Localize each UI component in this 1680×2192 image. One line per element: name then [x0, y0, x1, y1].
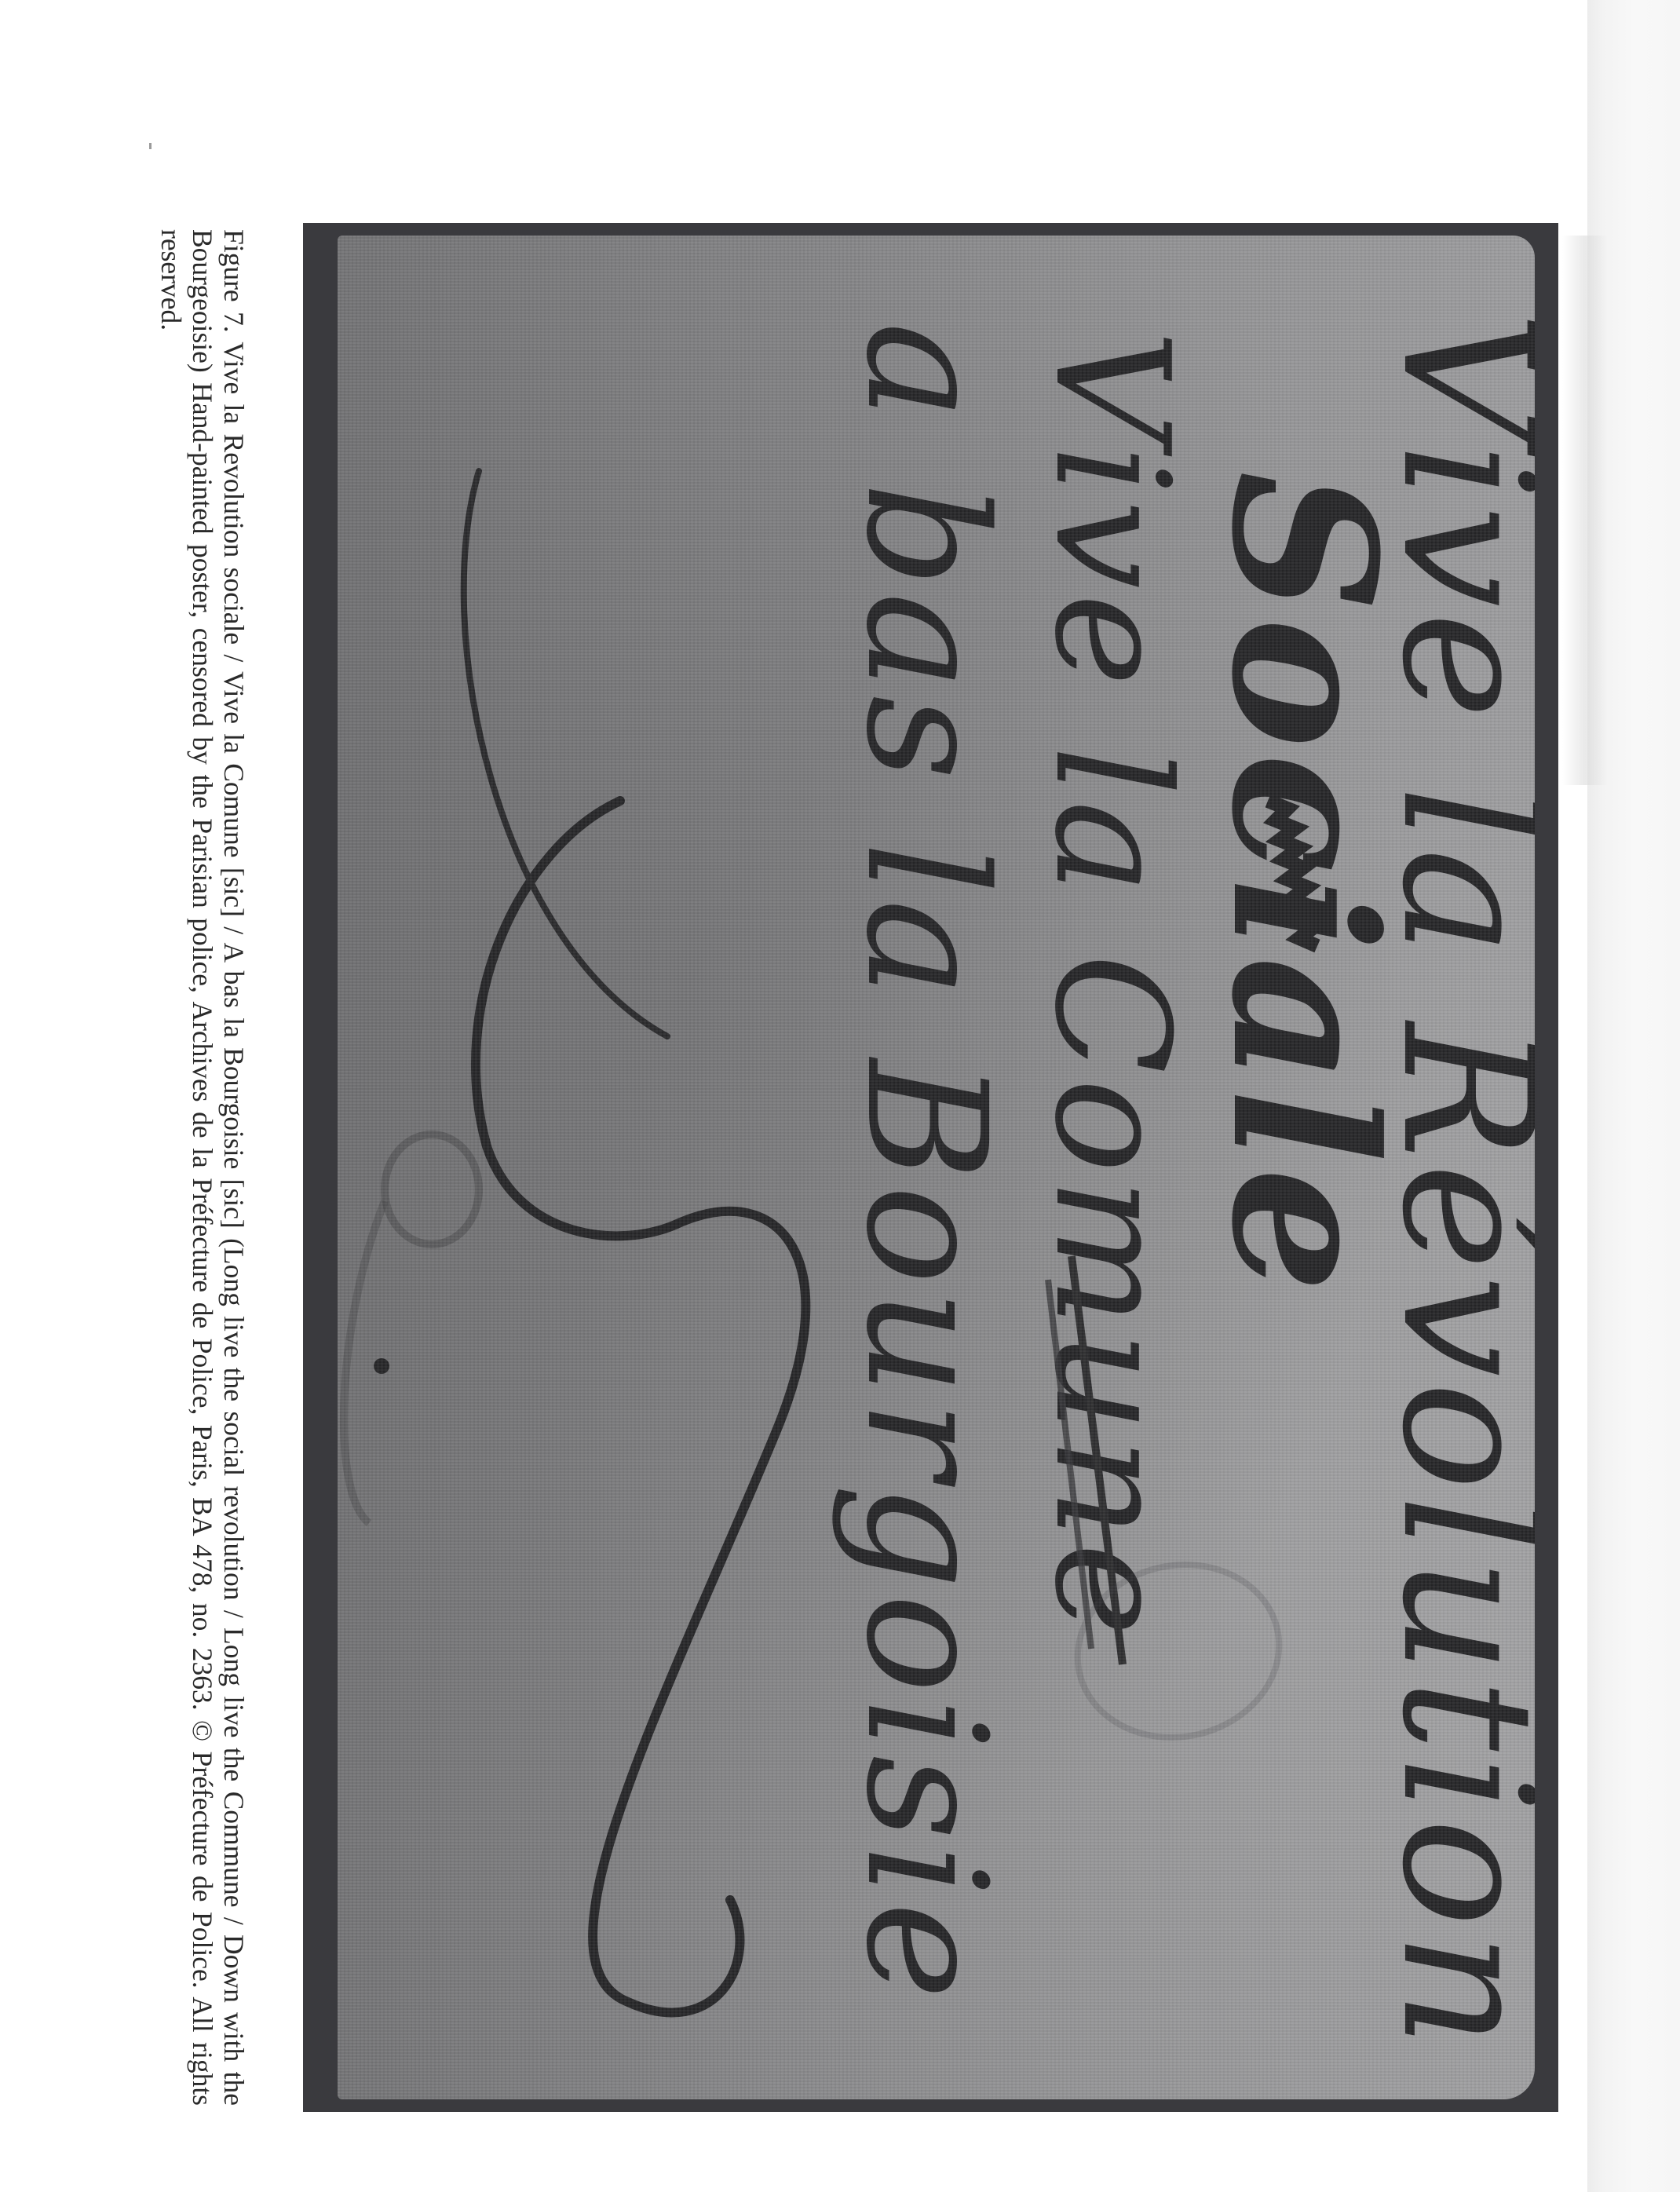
scan-shadow — [1562, 236, 1608, 785]
figure-caption: Figure 7. Vive la Revolution sociale / V… — [155, 229, 250, 2106]
poster-paper: Vive la Révolution Sociale Vive la Comun… — [338, 236, 1535, 2099]
poster-photograph: Vive la Révolution Sociale Vive la Comun… — [303, 223, 1558, 2112]
calligraphic-flourish — [338, 236, 1535, 2099]
scan-speck — [149, 143, 152, 149]
book-page: Vive la Révolution Sociale Vive la Comun… — [0, 0, 1587, 2192]
